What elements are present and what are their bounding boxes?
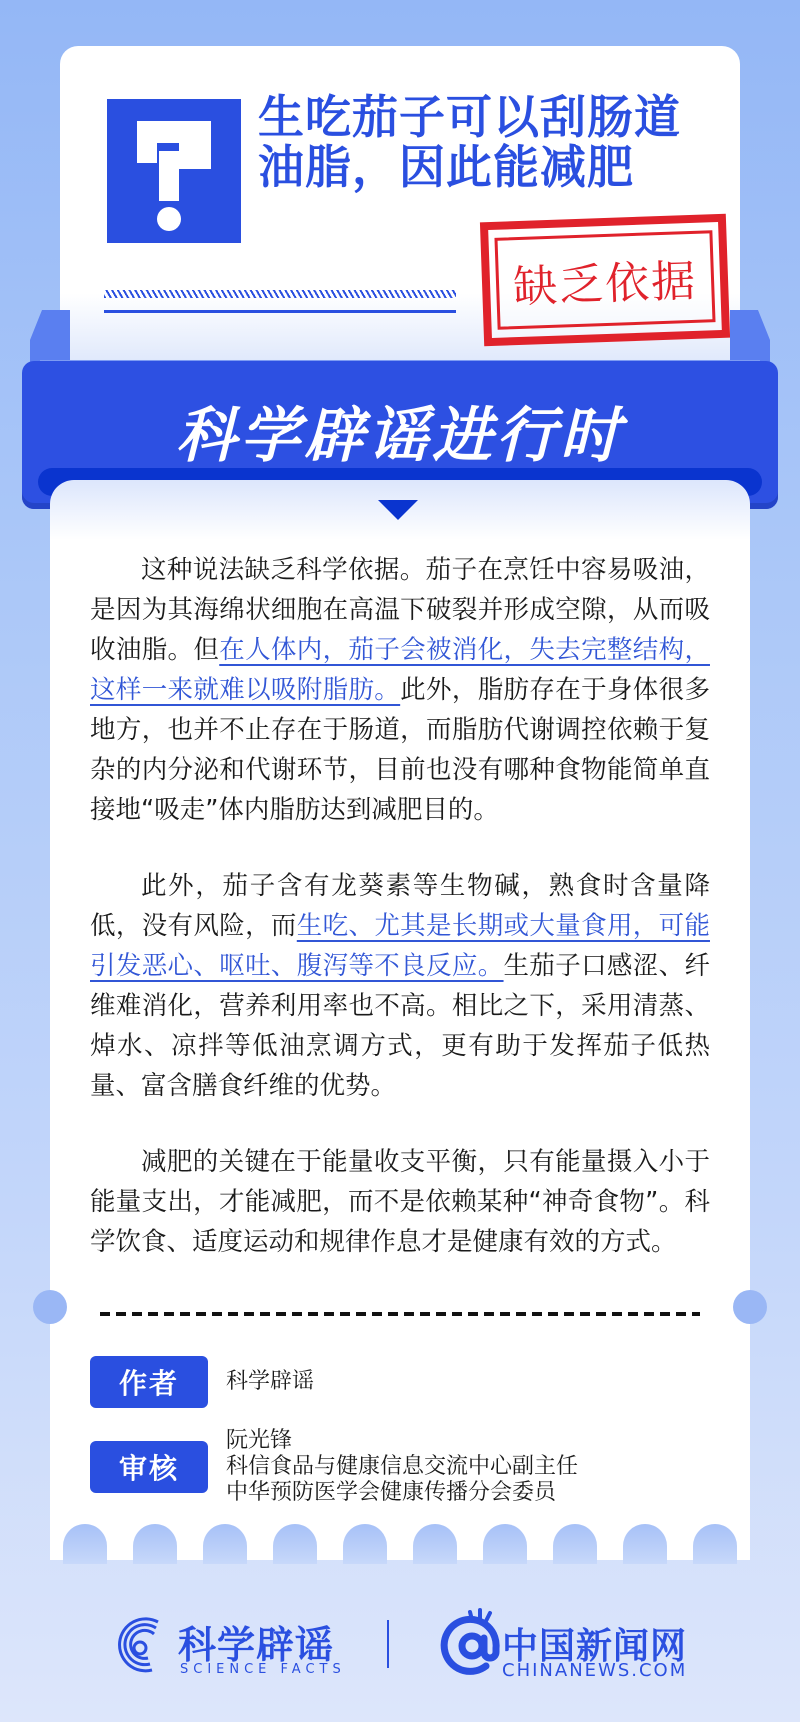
banner-title: 科学辟谣进行时	[0, 388, 800, 474]
science-facts-logo-sub: SCIENCE FACTS	[180, 1662, 346, 1677]
paragraph-2: 此外，茄子含有龙葵素等生物碱，熟食时含量降低，没有风险，而生吃、尤其是长期或大量…	[90, 866, 710, 1106]
down-arrow-icon	[378, 500, 418, 520]
science-facts-logo-icon	[108, 1614, 170, 1676]
author-value: 科学辟谣	[226, 1369, 314, 1395]
reviewer-info: 阮光锋 科信食品与健康信息交流中心副主任 中华预防医学会健康传播分会委员	[226, 1428, 578, 1506]
reviewer-name: 阮光锋	[226, 1428, 578, 1454]
verdict-stamp: 缺乏依据	[480, 214, 730, 347]
scallop-edge	[50, 1524, 750, 1564]
hatch-decoration	[104, 290, 456, 298]
question-mark-icon	[107, 99, 241, 243]
chinanews-logo[interactable]: 中国新闻网 CHINANEWS.COM	[436, 1600, 696, 1680]
author-row: 作者 科学辟谣	[90, 1356, 314, 1408]
at-sign-logo-icon	[436, 1608, 506, 1678]
ticket-notch-left	[33, 1290, 67, 1324]
divider	[104, 310, 456, 313]
paragraph-3: 减肥的关键在于能量收支平衡，只有能量摄入小于能量支出，才能减肥，而不是依赖某种“…	[90, 1142, 710, 1262]
reviewer-title-1: 科信食品与健康信息交流中心副主任	[226, 1454, 578, 1480]
author-badge: 作者	[90, 1356, 208, 1408]
reviewer-row: 审核 阮光锋 科信食品与健康信息交流中心副主任 中华预防医学会健康传播分会委员	[90, 1428, 578, 1506]
footer-divider	[387, 1620, 389, 1668]
page-title: 生吃茄子可以刮肠道油脂，因此能减肥	[258, 92, 698, 192]
science-facts-logo[interactable]: 科学辟谣 SCIENCE FACTS	[108, 1614, 348, 1674]
footer: 科学辟谣 SCIENCE FACTS 中国新闻网 CHINANEWS.COM	[0, 1600, 800, 1690]
reviewer-badge: 审核	[90, 1441, 208, 1493]
ticket-notch-right	[733, 1290, 767, 1324]
article-body: 这种说法缺乏科学依据。茄子在烹饪中容易吸油，是因为其海绵状细胞在高温下破裂并形成…	[90, 550, 710, 1298]
reviewer-title-2: 中华预防医学会健康传播分会委员	[226, 1480, 578, 1506]
verdict-stamp-text: 缺乏依据	[494, 230, 715, 330]
chinanews-logo-sub: CHINANEWS.COM	[502, 1660, 687, 1681]
dashed-divider	[100, 1312, 700, 1316]
science-facts-logo-name: 科学辟谣	[178, 1614, 334, 1669]
paragraph-1: 这种说法缺乏科学依据。茄子在烹饪中容易吸油，是因为其海绵状细胞在高温下破裂并形成…	[90, 550, 710, 830]
